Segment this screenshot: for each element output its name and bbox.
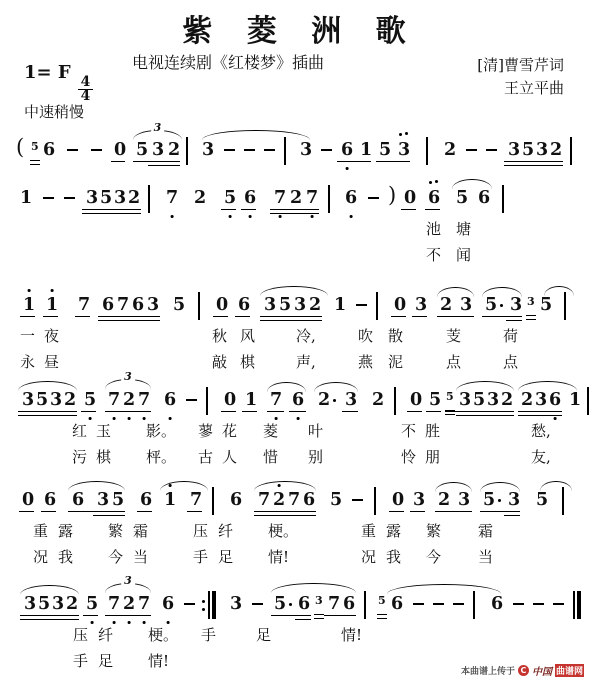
lyric-syllable: 纤 [218,522,233,540]
lyric-syllable: 愁, [531,422,551,440]
note: 7 [108,594,120,614]
note: 6 [303,490,315,510]
beam-underline [98,316,160,317]
note: 7 [138,594,150,614]
note: 2 [550,140,562,160]
barline-stroke [573,591,575,619]
note: 2 [194,188,206,208]
lyric-syllable: 污 [72,448,87,466]
beam-underline [221,209,236,210]
lyric-syllable: 怜 [401,448,416,466]
lyric-syllable: 芰 [446,327,461,345]
beam-underline [19,511,34,512]
lyric-syllable: 足 [218,548,233,566]
tuplet-label: 3 [121,575,135,586]
lyric-syllable: 手 [201,626,216,644]
barline [473,591,475,619]
note: 1 [23,295,35,315]
lyric-syllable: 当 [478,548,493,566]
beam-underline [41,511,56,512]
note: 0 [114,140,126,160]
note: 5 [279,295,291,315]
paren: ) [388,185,396,205]
slur-arc [482,287,522,297]
note: 6 [162,594,174,614]
ornament-dot [429,181,432,184]
lyric-syllable: 燕 [358,353,373,371]
barline [212,487,214,515]
note: 6 [102,295,114,315]
lyric-syllable: 花 [222,422,237,440]
dash [533,603,544,605]
note: 5 [483,490,495,510]
lyric-syllable: 红 [72,422,87,440]
dash [321,149,332,151]
lyric-syllable: 枰。 [146,448,176,466]
slur-arc [540,481,572,491]
note: 3 [510,295,522,315]
lyric-syllable: 惜 [263,448,278,466]
octave-dot-below [113,621,116,624]
slur-arc [452,179,492,189]
augmentation-dot [289,603,292,606]
dash [368,197,379,199]
octave-dot-below [554,417,557,420]
note: 5 [330,490,342,510]
tuplet-label: 3 [121,371,135,382]
lyric-syllable: 霜 [478,522,493,540]
note: 3 [202,140,214,160]
site-logo-icon: C [518,665,529,676]
lyric-syllable: 闻 [456,246,471,264]
beam-underline [254,515,316,516]
lyric-syllable: 风 [240,327,255,345]
lyric-syllable: 一 [20,327,35,345]
beam-underline [342,411,358,412]
beam-underline [241,209,256,210]
lyric-syllable: 纤 [98,626,113,644]
lyric-syllable: 手 [73,652,88,670]
octave-dot-below [275,417,278,420]
slur-arc [544,286,574,296]
dash [67,149,78,151]
dash [244,149,255,151]
slur-arc [18,381,77,391]
octave-dot-below [311,215,314,218]
note: 0 [22,490,34,510]
barline [570,137,572,165]
lyric-syllable: 繁 [426,522,441,540]
slur-arc [160,481,208,491]
note: 7 [258,490,270,510]
note: 2 [440,295,452,315]
octave-dot-below [279,215,282,218]
note: 3 [22,390,34,410]
beam-underline [376,161,410,162]
beam-underline [435,511,472,512]
slur-arc [271,583,356,593]
barline [364,591,366,619]
repeat-dot [202,608,205,611]
beam-underline [270,209,319,210]
note: 2 [273,490,285,510]
lyric-syllable: 露 [386,522,401,540]
beam-underline [43,316,58,317]
note: 7 [274,188,286,208]
dash [91,149,102,151]
watermark-text: 本曲谱上传于 [461,664,515,677]
note: 3 [24,594,36,614]
beam-underline [401,209,416,210]
note: 5 [540,295,552,315]
beam-underline [82,209,141,210]
barline [394,387,396,415]
beam-underline [221,411,236,412]
octave-dot-below [249,215,252,218]
note: 3 [415,295,427,315]
note: 3 [147,295,159,315]
lyric-syllable: 塘 [456,220,471,238]
note: 3 [535,390,547,410]
lyric-syllable: 压 [193,522,208,540]
note: 5 [84,390,96,410]
barline-stroke [212,591,216,619]
beam-underline [137,511,152,512]
beam-underline [482,316,522,317]
slur-arc [518,381,577,391]
note: 3 [508,140,520,160]
beam-underline [105,411,151,412]
lyric-syllable: 不 [401,422,416,440]
beam-underline [105,615,151,616]
beam-underline [271,615,311,616]
barline [148,185,150,213]
beam-underline [437,316,474,317]
note: 5 [100,188,112,208]
lyric-syllable: 泥 [388,353,403,371]
note: 3 [86,188,98,208]
slur-arc [456,381,514,391]
note: 3 [460,295,472,315]
lyric-syllable: 况 [361,548,376,566]
beam-underline [426,411,441,412]
dash [513,603,524,605]
note: 5 [456,188,468,208]
lyric-syllable: 况 [33,548,48,566]
slur-arc: 3 [105,583,151,593]
augmentation-dot [498,499,501,502]
slur-arc [254,481,316,491]
note: 0 [410,390,422,410]
lyric-syllable: 友, [531,448,551,466]
beam-underline [270,213,319,214]
beam-underline [20,619,79,620]
note: 3 [487,390,499,410]
note: 3 [398,140,410,160]
note: 6 [244,188,256,208]
note: 5 [112,490,124,510]
beam-underline [391,316,406,317]
barline [374,487,376,515]
lyric-syllable: 夜 [44,327,59,345]
beam-underline [412,316,427,317]
slur-arc [437,287,474,297]
grace-note: 3 [315,595,323,615]
note: 5 [522,140,534,160]
augmentation-dot [333,399,336,402]
lyric-syllable: 不 [426,246,441,264]
note: 7 [117,295,129,315]
lyric-syllable: 胜 [425,422,440,440]
lyric-syllable: 手 [193,548,208,566]
beam-underline [480,511,520,512]
note: 0 [224,390,236,410]
octave-dot-below [128,417,131,420]
slur-arc [480,482,520,492]
slur-arc [267,382,306,392]
note: 3 [458,490,470,510]
note: 7 [108,390,120,410]
note: 1 [360,140,372,160]
lyric-syllable: 点 [446,353,461,371]
octave-dot-below [143,621,146,624]
barline-stroke [208,591,210,619]
dash [466,149,477,151]
note: 5 [274,594,286,614]
octave-dot-below [143,417,146,420]
beam-underline [518,411,562,412]
barline [376,292,378,320]
note: 5 [36,390,48,410]
note: 5 [173,295,185,315]
lyric-syllable: 棋 [240,353,255,371]
octave-dot-above [51,289,54,292]
note: 0 [404,188,416,208]
lyric-syllable: 古 [198,448,213,466]
note: 2 [123,594,135,614]
tuplet-label: 3 [151,122,165,133]
note: 6 [298,594,310,614]
octave-dot-below [89,417,92,420]
octave-dot-below [169,417,172,420]
barline [198,292,200,320]
beam-underline [18,415,77,416]
lyric-syllable: 我 [386,548,401,566]
beam-underline [98,320,160,321]
note: 2 [309,295,321,315]
note: 6 [292,390,304,410]
site-name-red: 曲谱网 [555,664,584,677]
lyric-syllable: 点 [503,353,518,371]
beam-underline [504,165,563,166]
grace-note: 5 [378,595,386,615]
augmentation-dot [500,304,503,307]
note: 2 [290,188,302,208]
note: 2 [521,390,533,410]
dash [486,149,497,151]
lyric-syllable: 池 [426,220,441,238]
lyric-syllable: 荷 [503,327,518,345]
octave-dot-below [229,215,232,218]
note: 6 [549,390,561,410]
note: 5 [473,390,485,410]
octave-dot-below [297,417,300,420]
lyric-syllable: 今 [108,548,123,566]
octave-dot-below [113,417,116,420]
dash [224,149,235,151]
dash [184,603,195,605]
lyric-syllable: 梗。 [148,626,178,644]
note: 7 [288,490,300,510]
lyric-syllable: 梗。 [268,522,298,540]
slur-arc [387,584,501,594]
dash [352,499,363,501]
lyric-syllable: 重 [33,522,48,540]
note: 2 [168,140,180,160]
octave-dot-below [167,621,170,624]
site-name-dark: 中国 [532,663,552,678]
note: 6 [345,188,357,208]
barline [328,185,330,213]
barline [284,137,286,165]
note: 2 [444,140,456,160]
note: 1 [20,188,32,208]
lyric-syllable: 影。 [146,422,176,440]
note: 3 [230,594,242,614]
slur-arc [260,286,328,296]
slur-arc [20,585,79,595]
beam-underline [267,411,284,412]
note: 2 [318,390,330,410]
octave-dot-below [128,621,131,624]
barline-stroke [577,591,581,619]
slur-arc: 3 [105,379,151,389]
beam-underline [242,411,257,412]
note: 2 [66,594,78,614]
barline [564,292,566,320]
grace-note: 5 [31,141,39,161]
octave-dot-below [91,621,94,624]
note: 7 [138,390,150,410]
barline [502,185,504,213]
note: 3 [536,140,548,160]
note: 5 [136,140,148,160]
note: 3 [264,295,276,315]
note: 6 [238,295,250,315]
note: 5 [429,390,441,410]
note: 3 [114,188,126,208]
lyric-syllable: 玉 [96,422,111,440]
note: 2 [64,390,76,410]
lyric-syllable: 露 [58,522,73,540]
lyric-syllable: 朋 [425,448,440,466]
beam-underline [456,415,514,416]
lyric-syllable: 情! [148,652,169,670]
beam-underline [445,411,514,412]
lyric-syllable: 情! [268,548,289,566]
note: 3 [97,490,109,510]
note: 5 [536,490,548,510]
slur-arc [68,481,125,491]
beam-underline [506,320,522,321]
lyric-syllable: 声, [296,353,316,371]
ornament-dot [405,132,408,135]
note: 3 [152,140,164,160]
note: 7 [78,295,90,315]
lyric-syllable: 今 [426,548,441,566]
lyric-syllable: 霜 [133,522,148,540]
note: 6 [164,390,176,410]
grace-note: 5 [446,391,454,411]
slur-arc [202,130,310,140]
note: 1 [164,490,176,510]
note: 6 [341,140,353,160]
note: 2 [438,490,450,510]
lyric-syllable: 人 [222,448,237,466]
dash [433,603,444,605]
note: 5 [38,594,50,614]
note: 1 [334,295,346,315]
octave-dot-below [346,167,349,170]
beam-underline [93,515,125,516]
beam-underline [260,316,322,317]
grace-note: 3 [527,296,535,316]
note: 6 [72,490,84,510]
note: 7 [166,188,178,208]
beam-underline [235,316,250,317]
beam-underline [81,411,96,412]
beam-underline [407,411,422,412]
dash [64,197,75,199]
note: 3 [294,295,306,315]
barline [186,137,188,165]
beam-underline [148,165,180,166]
note: 7 [270,390,282,410]
lyric-syllable: 繁 [108,522,123,540]
lyric-syllable: 别 [308,448,323,466]
note: 1 [245,390,257,410]
note: 3 [50,390,62,410]
note: 6 [343,594,355,614]
octave-dot-above [28,289,31,292]
lyric-syllable: 秋 [212,327,227,345]
note: 1 [46,295,58,315]
lyric-syllable: 冷, [296,327,316,345]
note: 7 [306,188,318,208]
note: 6 [43,140,55,160]
beam-underline [324,615,356,616]
note: 6 [44,490,56,510]
barline [562,487,564,515]
barline [587,387,589,415]
dash [356,304,367,306]
dash [553,603,564,605]
dash [186,399,197,401]
note: 3 [413,490,425,510]
beam-underline [111,161,125,162]
beam-underline [213,316,228,317]
lyric-syllable: 棋 [96,448,111,466]
note: 7 [190,490,202,510]
note: 0 [216,295,228,315]
watermark: 本曲谱上传于 C 中国 曲谱网 [461,663,584,678]
score: (5605323361532353231353272567276)0656池塘不… [0,0,600,685]
beam-underline [254,511,316,512]
repeat-dot [202,600,205,603]
beam-underline [504,161,563,162]
note: 6 [230,490,242,510]
beam-underline [389,511,404,512]
